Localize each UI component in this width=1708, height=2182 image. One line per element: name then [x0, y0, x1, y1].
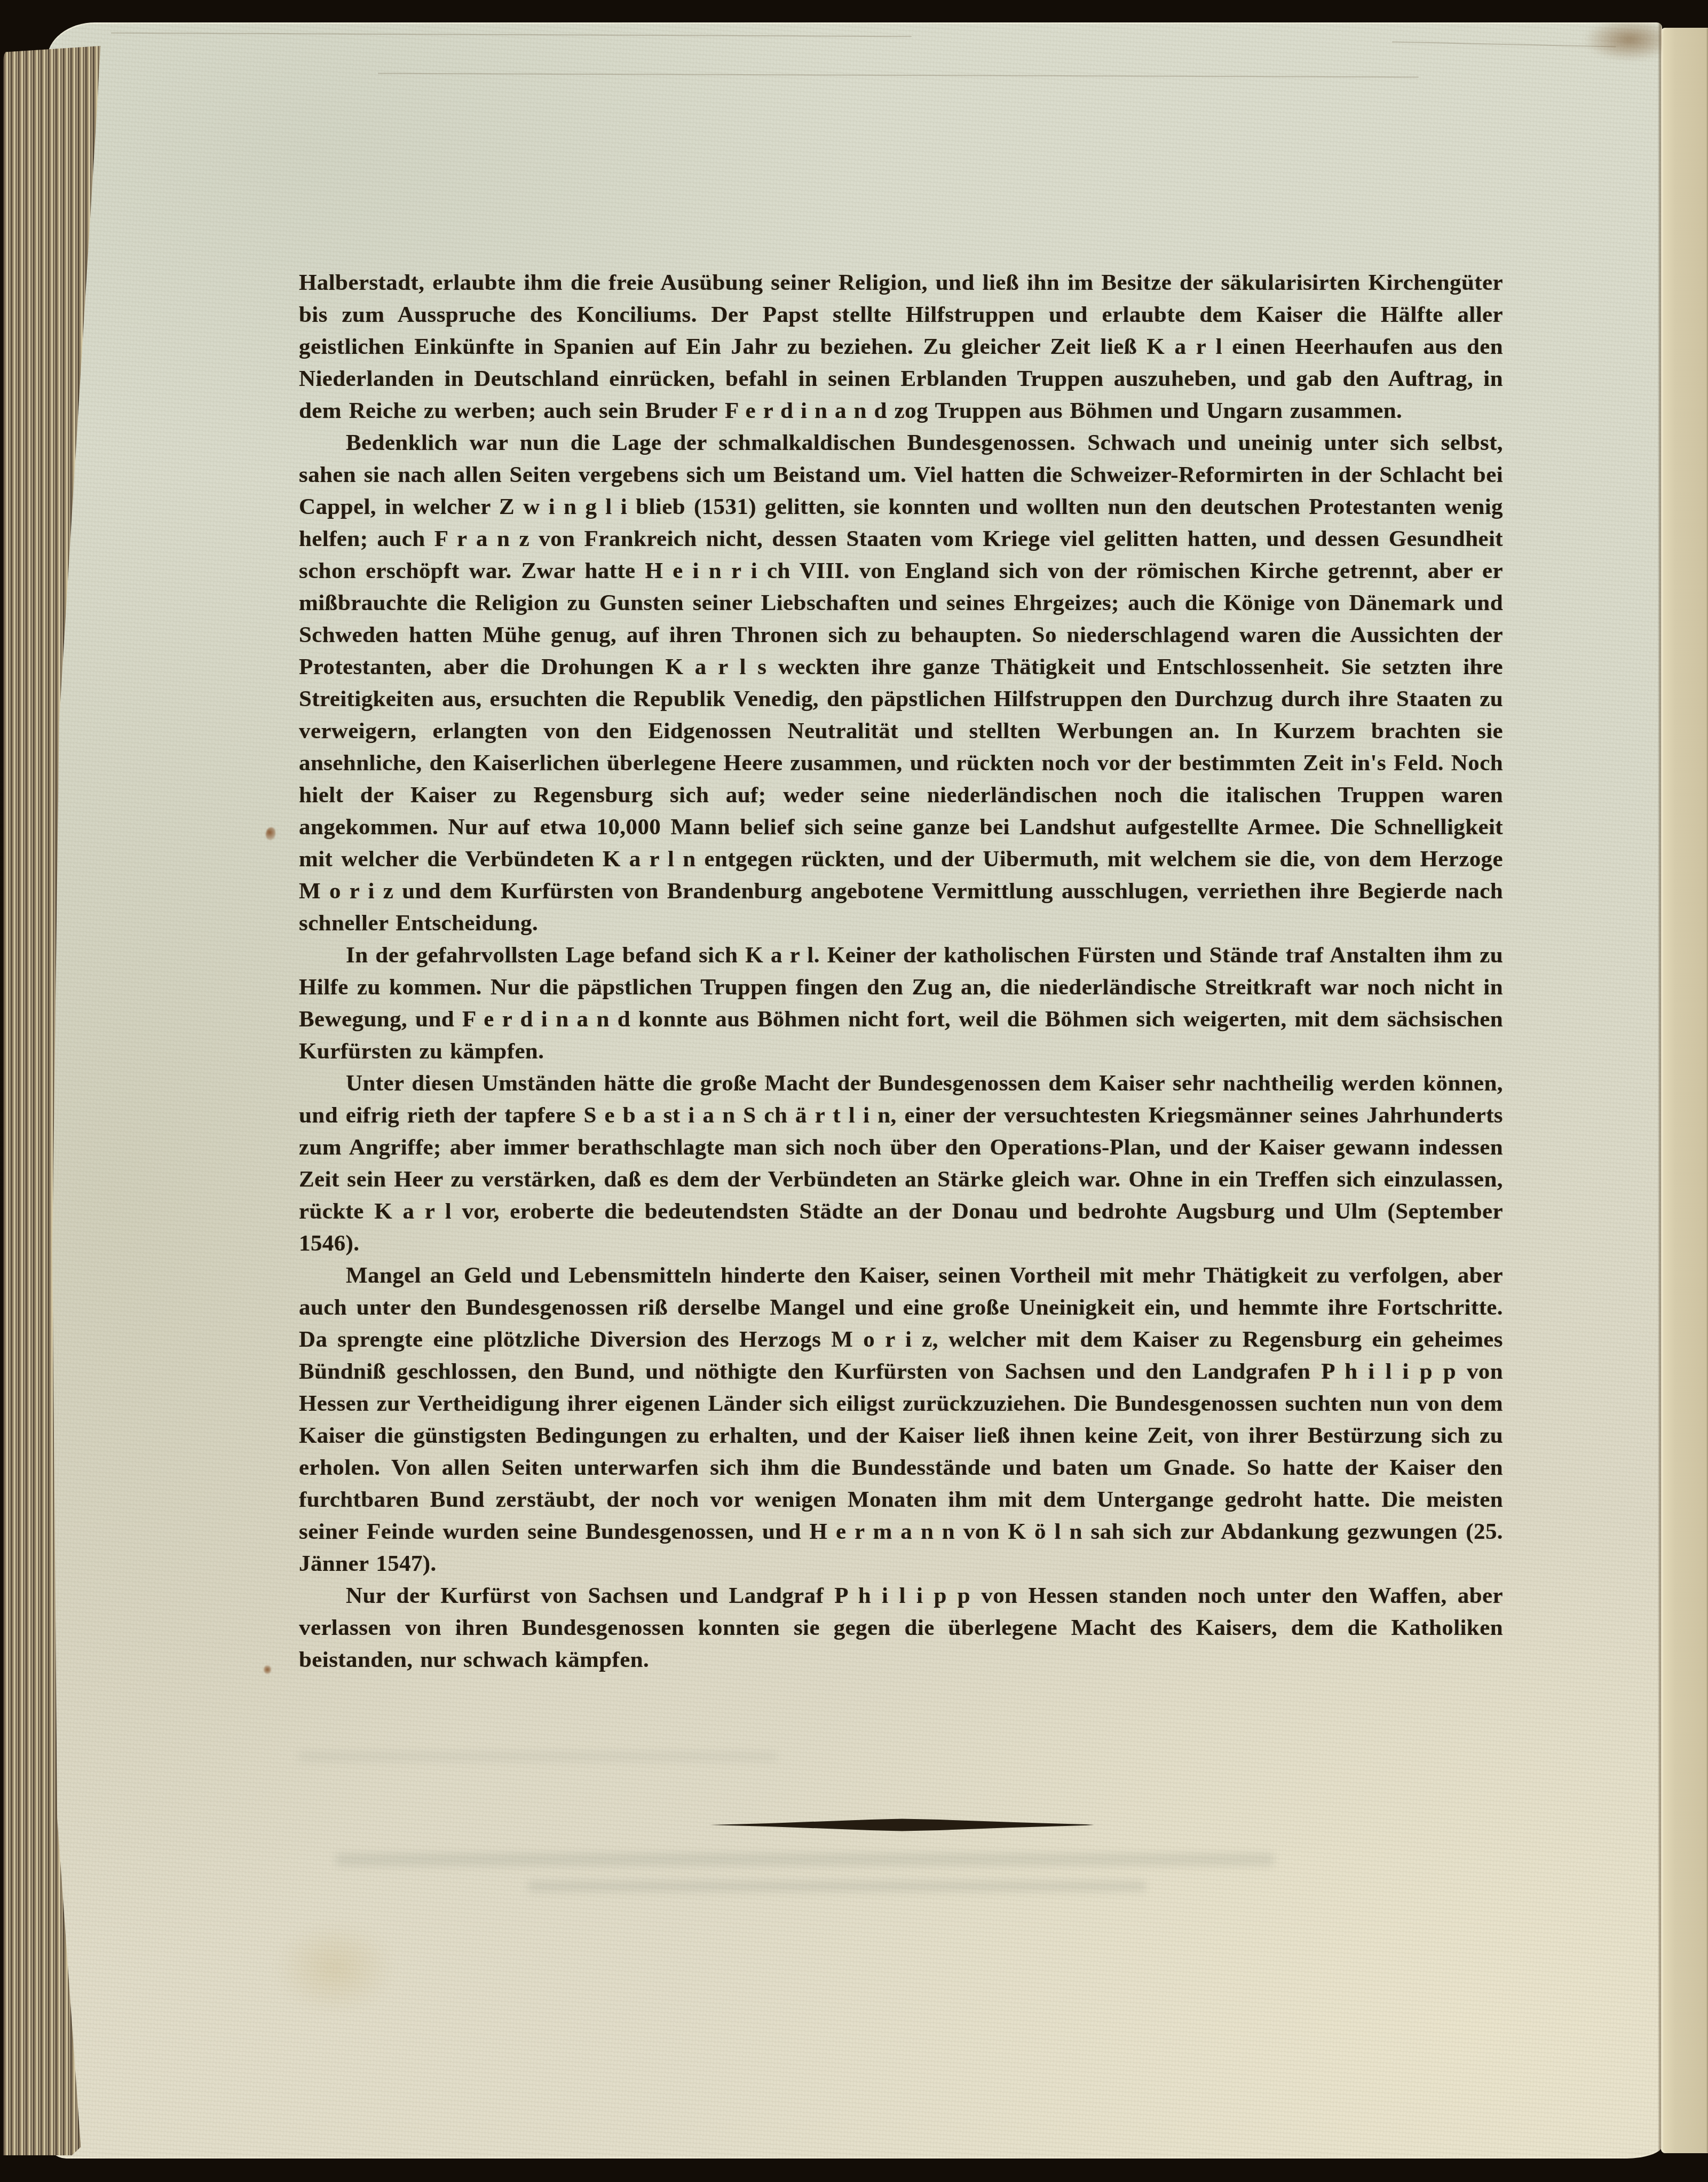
paper-crease: [378, 73, 1419, 78]
paper-stain: [1584, 22, 1662, 61]
paragraph-2: Bedenklich war nun die Lage der schmalka…: [299, 427, 1503, 939]
paragraph-6: Nur der Kurfürst von Sachsen und Landgra…: [299, 1580, 1503, 1676]
paper-stain: [266, 827, 275, 840]
paragraph-1: Halberstadt, erlaubte ihm die freie Ausü…: [299, 267, 1503, 427]
paragraph-5: Mangel an Geld und Lebensmitteln hindert…: [299, 1260, 1503, 1580]
page-fold-line: [1658, 22, 1662, 2159]
bleedthrough-ghost: [527, 1881, 1146, 1892]
section-divider-rule: [710, 1817, 1094, 1833]
paper-crease: [111, 33, 912, 37]
book-photo-background: Halberstadt, erlaubte ihm die freie Ausü…: [0, 0, 1708, 2182]
paper-crease: [1392, 42, 1616, 48]
book-page: Halberstadt, erlaubte ihm die freie Ausü…: [47, 22, 1662, 2159]
paper-stain: [276, 1923, 394, 2013]
next-page-edge: [1661, 28, 1708, 2153]
page-text-block: Halberstadt, erlaubte ihm die freie Ausü…: [299, 267, 1503, 1676]
bleedthrough-ghost: [335, 1853, 1275, 1866]
paragraph-3: In der gefahrvollsten Lage befand sich K…: [299, 939, 1503, 1068]
bleedthrough-ghost: [298, 1752, 778, 1761]
paper-stain: [264, 1665, 271, 1674]
paragraph-4: Unter diesen Umständen hätte die große M…: [299, 1068, 1503, 1260]
